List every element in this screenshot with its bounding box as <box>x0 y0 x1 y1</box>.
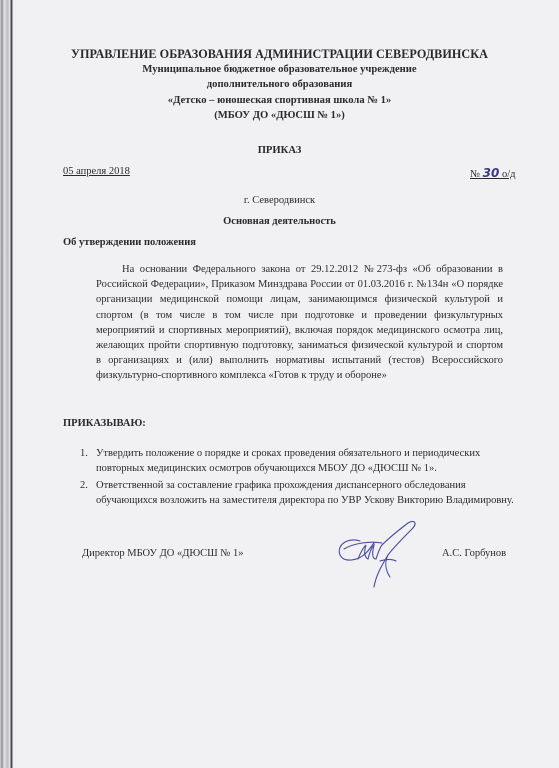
directive-heading: ПРИКАЗЫВАЮ: <box>63 418 146 429</box>
directive-item-text: Ответственной за составление графика про… <box>96 480 514 506</box>
letterhead-institution-type: Муниципальное бюджетное образовательное … <box>0 64 559 75</box>
preamble-line: физкультурно-спортивного комплекса «Гото… <box>96 368 503 383</box>
order-city: г. Северодвинск <box>0 195 559 206</box>
handwritten-signature <box>330 515 430 595</box>
signatory-name: А.С. Горбунов <box>442 548 506 559</box>
signature-icon <box>330 515 430 595</box>
order-number-handwritten: 30 <box>483 166 500 180</box>
preamble-line: На основании Федерального закона от 29.1… <box>96 262 503 277</box>
letterhead-authority: УПРАВЛЕНИЕ ОБРАЗОВАНИЯ АДМИНИСТРАЦИИ СЕВ… <box>0 47 559 62</box>
order-activity: Основная деятельность <box>0 216 559 227</box>
order-date: 05 апреля 2018 <box>63 166 130 177</box>
order-title: ПРИКАЗ <box>0 145 559 156</box>
scanned-document-page: УПРАВЛЕНИЕ ОБРАЗОВАНИЯ АДМИНИСТРАЦИИ СЕВ… <box>0 0 559 768</box>
signatory-position: Директор МБОУ ДО «ДЮСШ № 1» <box>82 548 244 559</box>
letterhead-education-type: дополнительного образования <box>0 79 559 90</box>
order-number-prefix: № <box>470 169 480 180</box>
preamble-line: спортом (в том числе в том числе при под… <box>96 308 503 323</box>
preamble-line: Российской Федерации», Приказом Минздрав… <box>96 277 503 292</box>
preamble-line: мероприятий и спортивных мероприятий), в… <box>96 323 503 338</box>
directive-item-text: Утвердить положение о порядке и сроках п… <box>96 448 480 474</box>
directive-item-number: 1. <box>80 446 88 461</box>
order-number-suffix: о/д <box>502 169 516 180</box>
directive-item-1: 1. Утвердить положение о порядке и срока… <box>80 446 520 476</box>
order-subject: Об утверждении положения <box>63 237 196 248</box>
letterhead-abbreviation: (МБОУ ДО «ДЮСШ № 1») <box>0 110 559 121</box>
directive-item-2: 2. Ответственной за составление графика … <box>80 478 520 508</box>
directive-item-number: 2. <box>80 478 88 493</box>
order-number: № 30 о/д <box>470 166 516 180</box>
preamble-line: желающих пройти спортивную подготовку, з… <box>96 338 503 353</box>
preamble-line: в организациях и (или) выполнить нормати… <box>96 353 503 368</box>
preamble-paragraph: На основании Федерального закона от 29.1… <box>96 262 503 384</box>
preamble-line: организации медицинской помощи лицам, за… <box>96 292 503 307</box>
letterhead-school-name: «Детско – юношеская спортивная школа № 1… <box>0 95 559 106</box>
directive-list: 1. Утвердить положение о порядке и срока… <box>80 446 520 510</box>
